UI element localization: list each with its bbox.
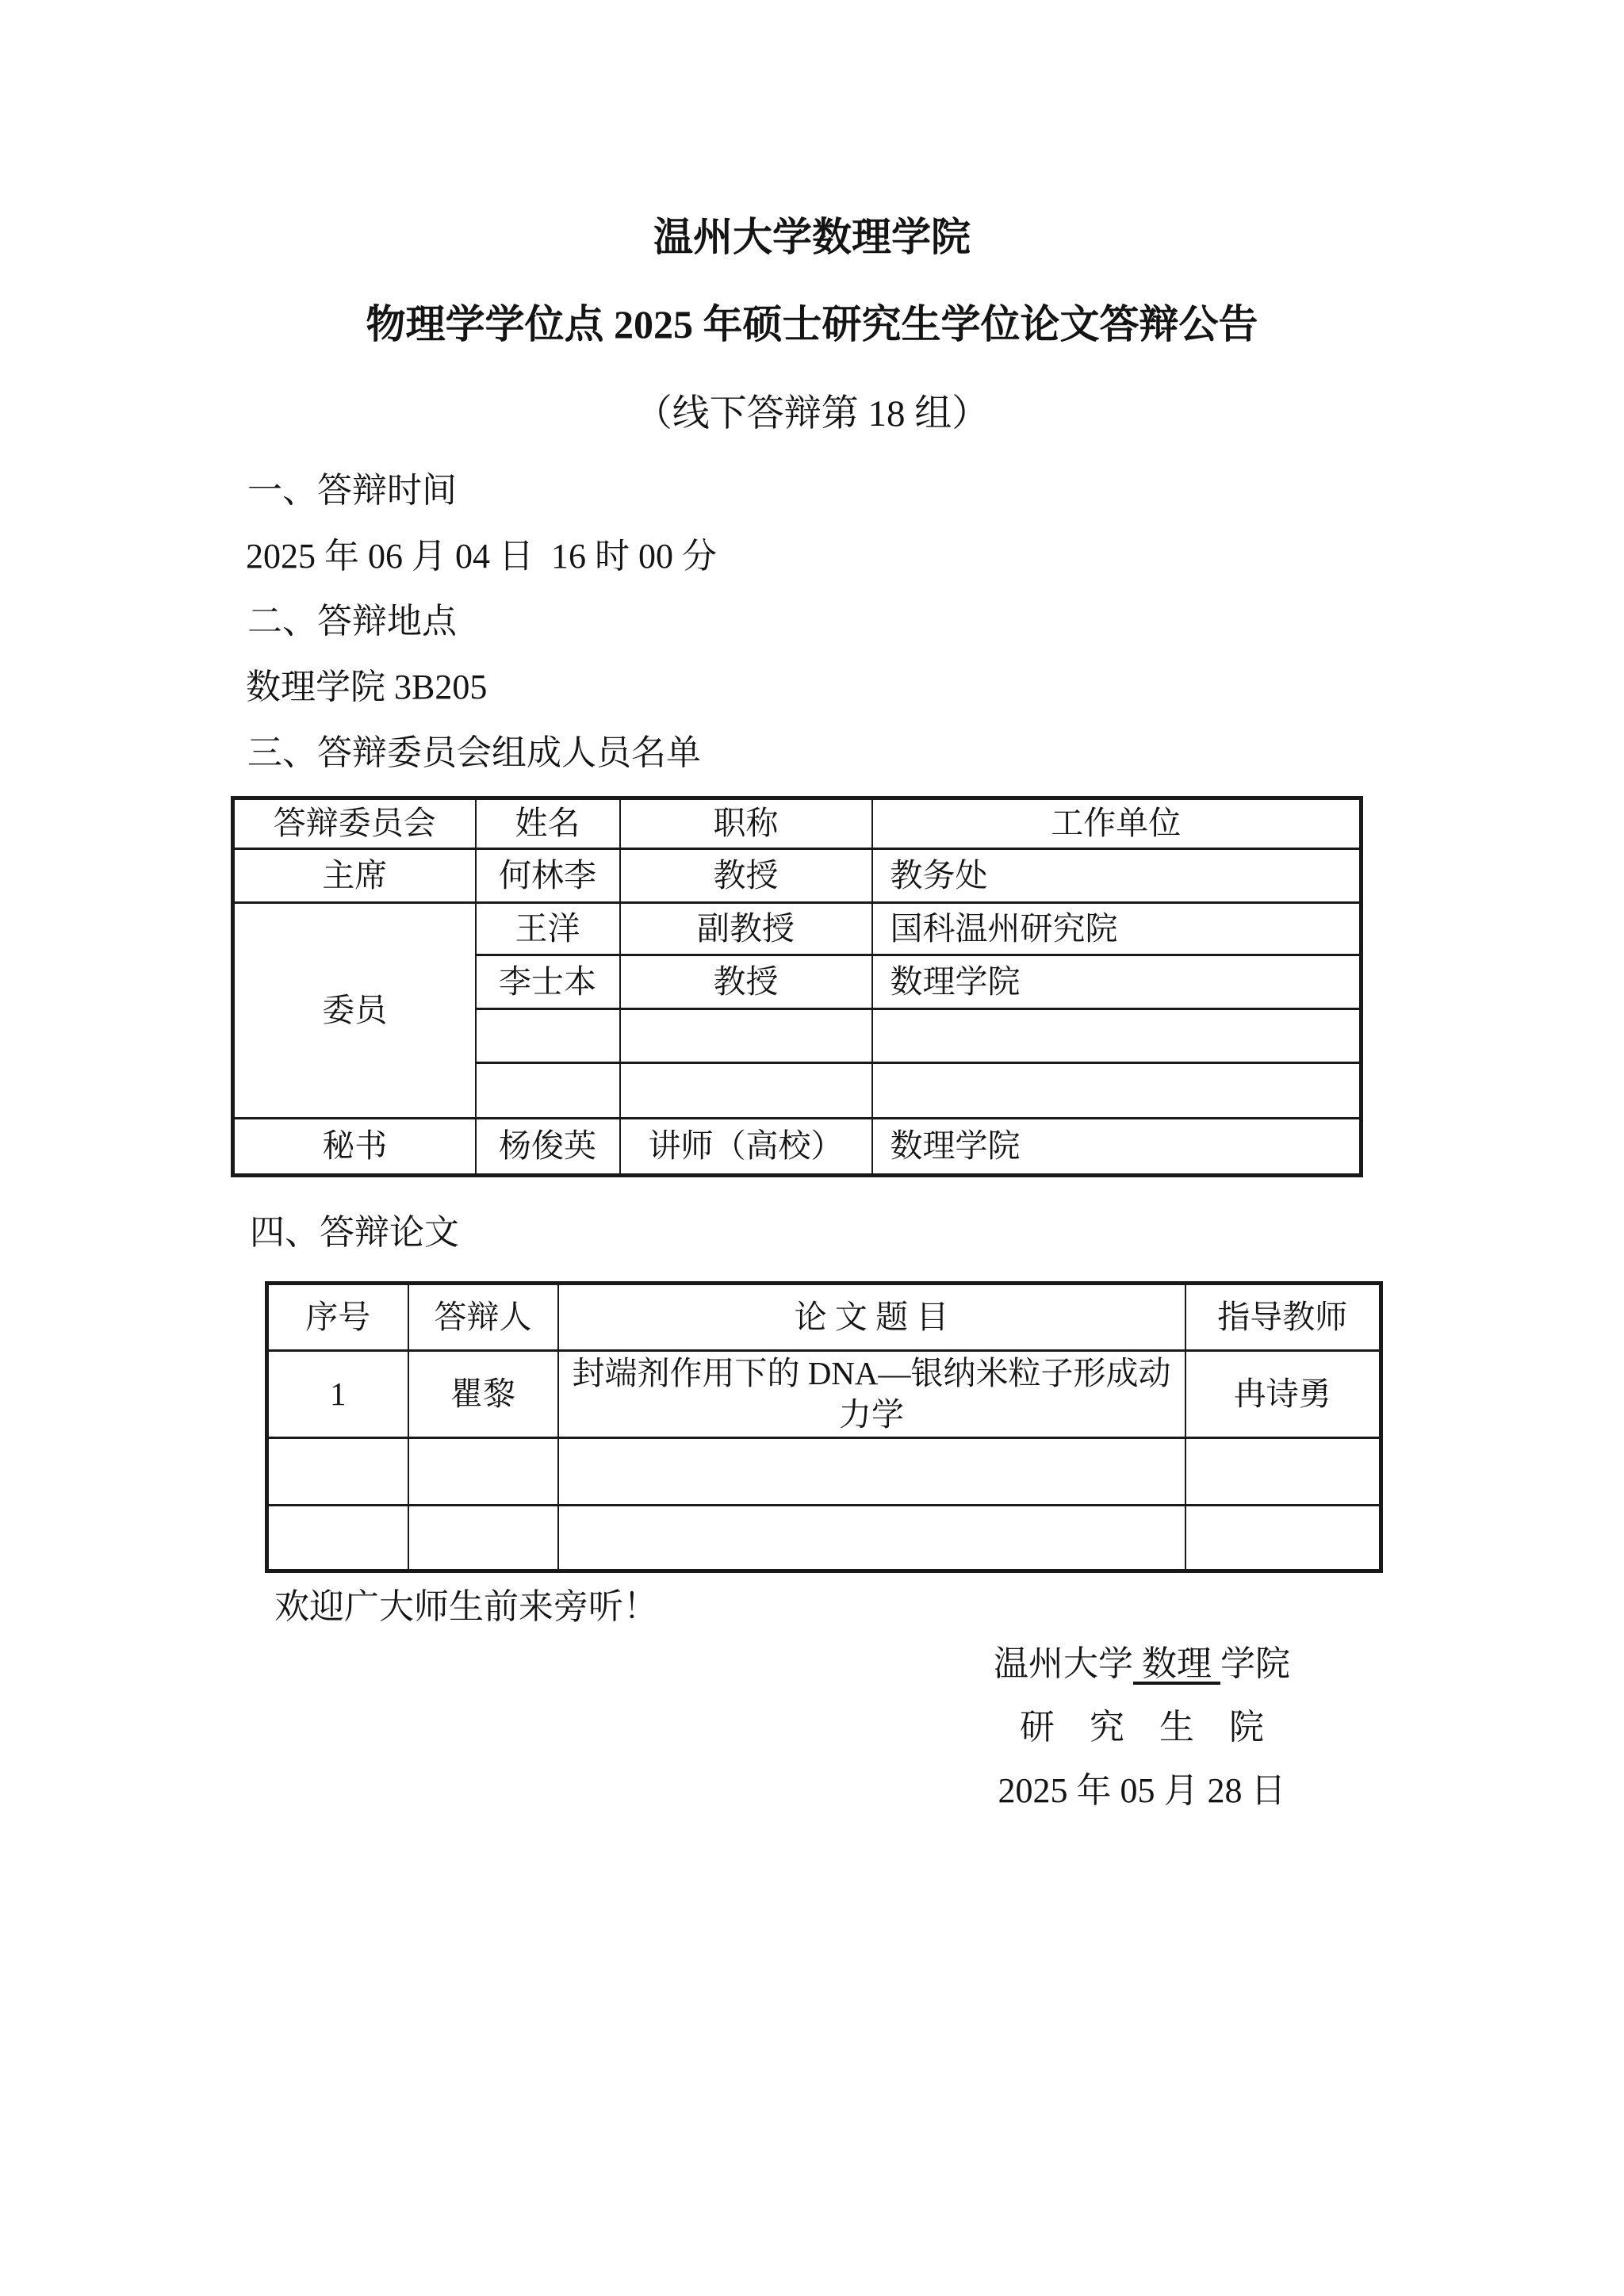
member-unit-cell [872,1009,1362,1063]
table-row [267,1506,1381,1571]
thesis-advisor-cell: 冉诗勇 [1185,1351,1381,1438]
table-row [267,1438,1381,1506]
page-title: 温州大学数理学院 [0,212,1624,262]
member-title-cell: 教授 [620,955,872,1009]
section-heading-committee: 三、答辩委员会组成人员名单 [247,732,701,775]
signature-org-line: 温州大学 数理 学院 [825,1643,1459,1686]
table-row: 秘书 杨俊英 讲师（高校） 数理学院 [233,1119,1362,1176]
page-subtitle: 物理学学位点 2025 年硕士研究生学位论文答辩公告 [0,300,1624,349]
table-row: 主席 何林李 教授 教务处 [233,849,1362,903]
committee-header-name: 姓名 [476,798,620,849]
chair-name-cell: 何林李 [476,849,620,903]
secretary-name-cell: 杨俊英 [476,1119,620,1176]
member-unit-cell: 国科温州研究院 [872,903,1362,955]
group-note: （线下答辩第 18 组） [0,390,1624,438]
signature-office-line: 研 究 生 院 [825,1706,1459,1749]
chair-unit-cell: 教务处 [872,849,1362,903]
chair-title-cell: 教授 [620,849,872,903]
thesis-table: 序号 答辩人 论 文 题 目 指导教师 1 瞿黎 封端剂作用下的 DNA—银纳米… [265,1281,1383,1573]
thesis-header-title: 论 文 题 目 [558,1284,1185,1351]
committee-header-row: 答辩委员会 姓名 职称 工作单位 [233,798,1362,849]
secretary-role-cell: 秘书 [233,1119,476,1176]
defense-location-value: 数理学院 3B205 [246,666,487,709]
signature-block: 温州大学 数理 学院 研 究 生 院 2025 年 05 月 28 日 [825,1643,1459,1833]
thesis-header-row: 序号 答辩人 论 文 题 目 指导教师 [267,1284,1381,1351]
thesis-advisor-cell [1185,1506,1381,1571]
thesis-header-advisor: 指导教师 [1185,1284,1381,1351]
signature-org-underlined: 数理 [1133,1644,1220,1683]
member-unit-cell: 数理学院 [872,955,1362,1009]
signature-org-prefix: 温州大学 [994,1644,1133,1683]
section-heading-time: 一、答辩时间 [247,469,457,512]
signature-date-line: 2025 年 05 月 28 日 [825,1770,1459,1812]
table-row: 1 瞿黎 封端剂作用下的 DNA—银纳米粒子形成动力学 冉诗勇 [267,1351,1381,1438]
thesis-no-cell: 1 [267,1351,408,1438]
committee-header-role: 答辩委员会 [233,798,476,849]
member-unit-cell [872,1063,1362,1119]
thesis-candidate-cell [408,1438,558,1506]
welcome-line: 欢迎广大师生前来旁听！ [274,1586,658,1628]
member-name-cell [476,1009,620,1063]
committee-table: 答辩委员会 姓名 职称 工作单位 主席 何林李 教授 教务处 委员 王洋 副教授… [231,796,1363,1177]
thesis-candidate-cell: 瞿黎 [408,1351,558,1438]
thesis-no-cell [267,1506,408,1571]
thesis-no-cell [267,1438,408,1506]
thesis-header-candidate: 答辩人 [408,1284,558,1351]
thesis-advisor-cell [1185,1438,1381,1506]
signature-org-suffix: 学院 [1220,1644,1290,1683]
member-role-cell: 委员 [233,903,476,1119]
member-title-cell [620,1063,872,1119]
chair-role-cell: 主席 [233,849,476,903]
section-heading-location: 二、答辩地点 [247,600,457,643]
section-heading-theses: 四、答辩论文 [250,1211,459,1254]
committee-header-unit: 工作单位 [872,798,1362,849]
secretary-unit-cell: 数理学院 [872,1119,1362,1176]
member-name-cell: 李士本 [476,955,620,1009]
thesis-header-no: 序号 [267,1284,408,1351]
table-row: 委员 王洋 副教授 国科温州研究院 [233,903,1362,955]
document-page: 温州大学数理学院 物理学学位点 2025 年硕士研究生学位论文答辩公告 （线下答… [0,0,1624,2296]
member-name-cell: 王洋 [476,903,620,955]
thesis-title-cell [558,1506,1185,1571]
member-title-cell [620,1009,872,1063]
thesis-title-cell: 封端剂作用下的 DNA—银纳米粒子形成动力学 [558,1351,1185,1438]
thesis-title-cell [558,1438,1185,1506]
thesis-candidate-cell [408,1506,558,1571]
member-title-cell: 副教授 [620,903,872,955]
defense-time-value: 2025 年 06 月 04 日 16 时 00 分 [246,535,717,578]
committee-header-title: 职称 [620,798,872,849]
secretary-title-cell: 讲师（高校） [620,1119,872,1176]
member-name-cell [476,1063,620,1119]
